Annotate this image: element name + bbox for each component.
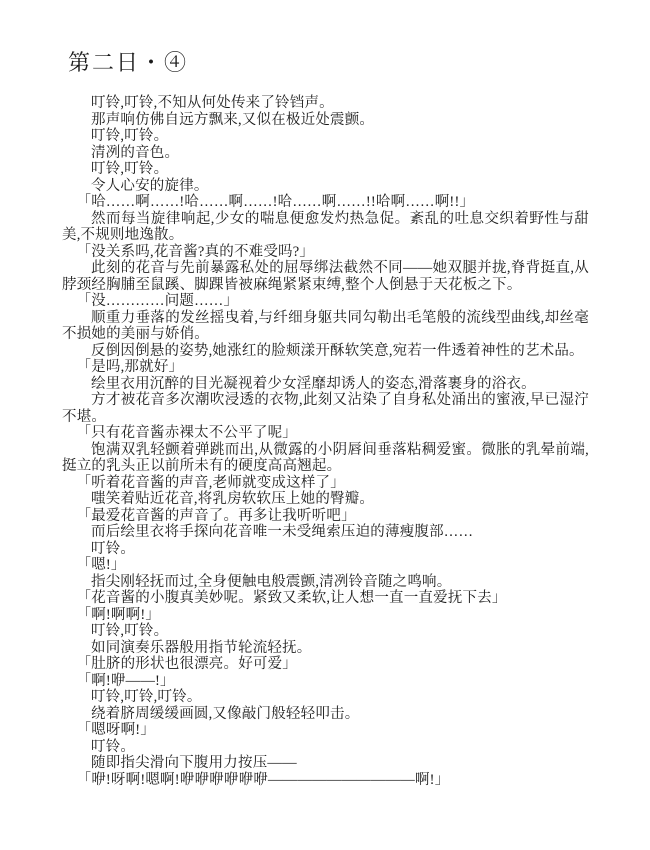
narrative-line: 顺重力垂落的发丝摇曳着,与纤细身躯共同勾勒出毛笔般的流线型曲线,却丝毫不损她的美… xyxy=(62,310,589,343)
narrative-line: 令人心安的旋律。 xyxy=(62,178,589,195)
narrative-line: 叮铃。 xyxy=(62,739,589,756)
narrative-line: 绕着脐周缓缓画圆,又像敲门般轻轻叩击。 xyxy=(62,706,589,723)
dialogue-line: 「啊!啊啊!」 xyxy=(62,607,589,624)
narrative-line: 然而每当旋律响起,少女的喘息便愈发灼热急促。紊乱的吐息交织着野性与甜美,不规则地… xyxy=(62,211,589,244)
narrative-line: 叮铃,叮铃,不知从何处传来了铃铛声。 xyxy=(62,95,589,112)
narrative-line: 反倒因倒悬的姿势,她涨红的脸颊漾开酥软笑意,宛若一件透着神性的艺术品。 xyxy=(62,343,589,360)
narrative-line: 叮铃,叮铃。 xyxy=(62,623,589,640)
dialogue-line: 「没…………问题……」 xyxy=(62,293,589,310)
dialogue-line: 「花音酱的小腹真美妙呢。紧致又柔软,让人想一直一直爱抚下去」 xyxy=(62,590,589,607)
narrative-line: 绘里衣用沉醉的目光凝视着少女淫靡却诱人的姿态,滑落裹身的浴衣。 xyxy=(62,376,589,393)
narrative-line: 如同演奏乐器般用指节轮流轻抚。 xyxy=(62,640,589,657)
narrative-line: 清冽的音色。 xyxy=(62,145,589,162)
dialogue-line: 「嗯呀啊!」 xyxy=(62,722,589,739)
dialogue-line: 「听着花音酱的声音,老师就变成这样了」 xyxy=(62,475,589,492)
narrative-line: 随即指尖滑向下腹用力按压—— xyxy=(62,755,589,772)
narrative-line: 方才被花音多次潮吹浸透的衣物,此刻又沾染了自身私处涌出的蜜液,早已湿泞不堪。 xyxy=(62,392,589,425)
narrative-line: 指尖刚轻抚而过,全身便触电般震颤,清冽铃音随之鸣响。 xyxy=(62,574,589,591)
narrative-line: 叮铃。 xyxy=(62,541,589,558)
narrative-line: 而后绘里衣将手探向花音唯一未受绳索压迫的薄瘦腹部…… xyxy=(62,524,589,541)
dialogue-line: 「肚脐的形状也很漂亮。好可爱」 xyxy=(62,656,589,673)
narrative-line: 叮铃,叮铃。 xyxy=(62,128,589,145)
dialogue-line: 「哈……啊……!哈……啊……!哈……啊……!!哈啊……啊!!」 xyxy=(62,194,589,211)
dialogue-line: 「没关系吗,花音酱?真的不难受吗?」 xyxy=(62,244,589,261)
dialogue-line: 「最爱花音酱的声音了。再多让我听听吧」 xyxy=(62,508,589,525)
narrative-line: 饱满双乳轻颤着弹跳而出,从微露的小阴唇间垂落粘稠爱蜜。微胀的乳晕前端,挺立的乳头… xyxy=(62,442,589,475)
narrative-line: 叮铃,叮铃。 xyxy=(62,161,589,178)
dialogue-line: 「啊!咿——!」 xyxy=(62,673,589,690)
body-text: 叮铃,叮铃,不知从何处传来了铃铛声。那声响仿佛自远方飘来,又似在极近处震颤。叮铃… xyxy=(62,95,589,788)
narrative-line: 嗤笑着贴近花音,将乳房软软压上她的臀瓣。 xyxy=(62,491,589,508)
narrative-line: 此刻的花音与先前暴露私处的屈辱绑法截然不同——她双腿并拢,脊背挺直,从脖颈经胸脯… xyxy=(62,260,589,293)
dialogue-line: 「咿!呀啊!嗯啊!咿咿咿咿咿咿——————————啊!」 xyxy=(62,772,589,789)
dialogue-line: 「是吗,那就好」 xyxy=(62,359,589,376)
narrative-line: 那声响仿佛自远方飘来,又似在极近处震颤。 xyxy=(62,112,589,129)
narrative-line: 叮铃,叮铃,叮铃。 xyxy=(62,689,589,706)
novel-page: 第二日・④ 叮铃,叮铃,不知从何处传来了铃铛声。那声响仿佛自远方飘来,又似在极近… xyxy=(0,0,650,850)
dialogue-line: 「嗯!」 xyxy=(62,557,589,574)
dialogue-line: 「只有花音酱赤裸太不公平了呢」 xyxy=(62,425,589,442)
chapter-title: 第二日・④ xyxy=(68,46,188,77)
